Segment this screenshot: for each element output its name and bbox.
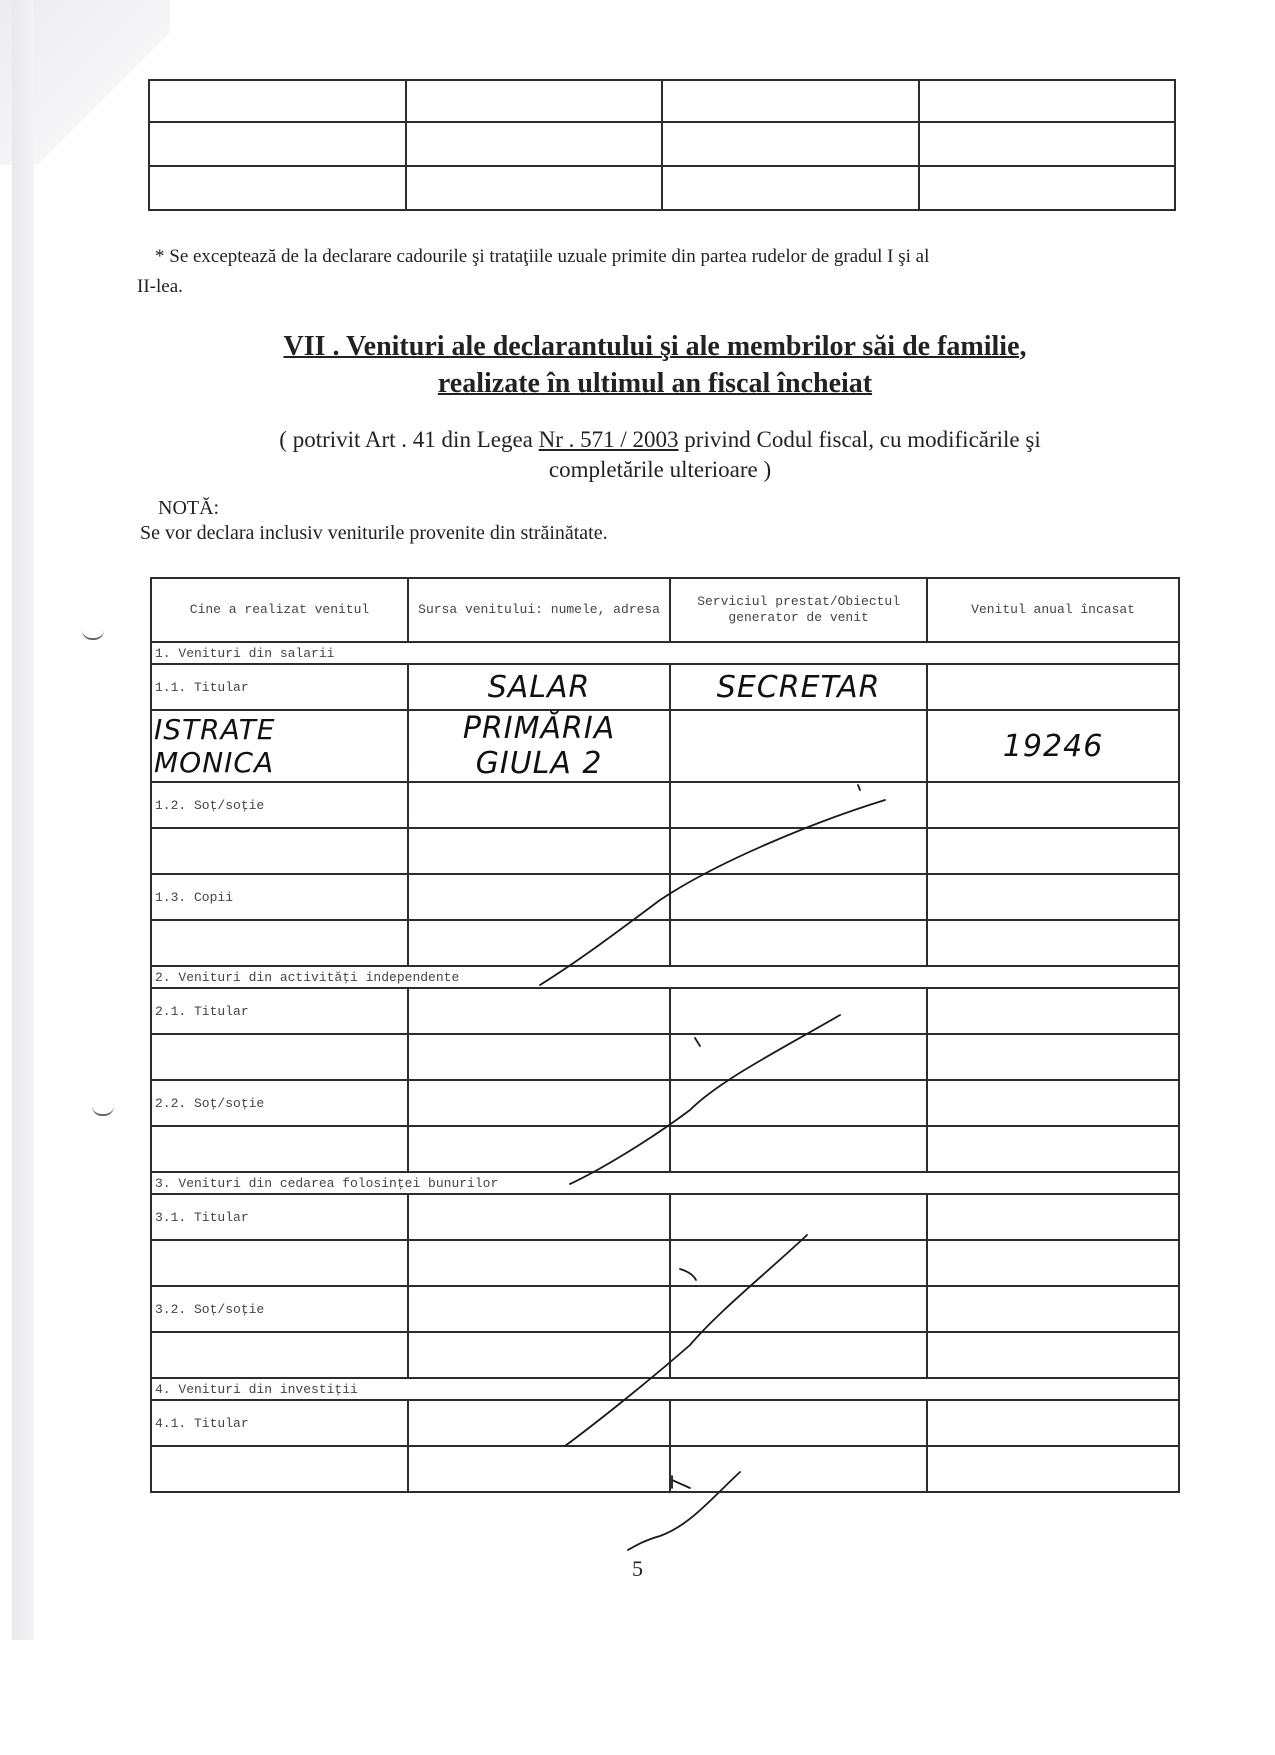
section-heading: 4. Venituri din investiţii <box>151 1378 1179 1400</box>
service-cell <box>670 1194 927 1240</box>
table-cell <box>662 122 919 166</box>
subtitle-text: ( potrivit Art . 41 din Legea <box>279 427 538 452</box>
who-cell <box>151 1240 408 1286</box>
subtitle-text: completările ulterioare ) <box>140 455 1180 485</box>
source-cell <box>408 1240 670 1286</box>
table-cell <box>406 166 663 210</box>
service-cell <box>670 988 927 1034</box>
section-title-line: VII . Venituri ale declarantului şi ale … <box>283 331 1026 362</box>
service-cell <box>670 1332 927 1378</box>
who-cell <box>151 920 408 966</box>
source-cell <box>408 1332 670 1378</box>
table-cell <box>149 166 406 210</box>
service-cell <box>670 1400 927 1446</box>
income-cell <box>927 1400 1179 1446</box>
who-cell <box>151 1332 408 1378</box>
table-row <box>149 122 1175 166</box>
table-row <box>151 920 1179 966</box>
source-cell <box>408 874 670 920</box>
service-cell <box>670 1080 927 1126</box>
section-title: VII . Venituri ale declarantului şi ale … <box>130 328 1180 402</box>
income-cell <box>927 1446 1179 1492</box>
section-heading: 3. Venituri din cedarea folosinţei bunur… <box>151 1172 1179 1194</box>
header-service: Serviciul prestat/Obiectul generator de … <box>670 578 927 642</box>
source-cell <box>408 1126 670 1172</box>
table-cell <box>662 80 919 122</box>
service-cell <box>670 1286 927 1332</box>
who-cell: 2.2. Soţ/soţie <box>151 1080 408 1126</box>
table-header-row: Cine a realizat venitul Sursa venitului:… <box>151 578 1179 642</box>
who-cell: 4.1. Titular <box>151 1400 408 1446</box>
table-row: 4.1. Titular <box>151 1400 1179 1446</box>
source-cell <box>408 988 670 1034</box>
header-income: Venitul anual încasat <box>927 578 1179 642</box>
table-row <box>151 828 1179 874</box>
who-cell: 1.1. Titular <box>151 664 408 710</box>
income-cell: 19246 <box>927 710 1179 782</box>
punch-mark <box>92 1106 114 1116</box>
income-cell <box>927 988 1179 1034</box>
source-cell <box>408 828 670 874</box>
income-cell <box>927 782 1179 828</box>
section-row: 1. Venituri din salarii <box>151 642 1179 664</box>
table-cell <box>149 80 406 122</box>
income-table: Cine a realizat venitul Sursa venitului:… <box>150 577 1180 1493</box>
source-cell <box>408 1446 670 1492</box>
table-row <box>151 1446 1179 1492</box>
who-cell <box>151 828 408 874</box>
table-cell <box>919 122 1176 166</box>
table-row: 2.2. Soţ/soţie <box>151 1080 1179 1126</box>
page-number: 5 <box>0 1556 1275 1582</box>
service-cell <box>670 1126 927 1172</box>
income-cell <box>927 1332 1179 1378</box>
section-heading: 1. Venituri din salarii <box>151 642 1179 664</box>
income-cell <box>927 1286 1179 1332</box>
law-reference: Nr . 571 / 2003 <box>539 427 679 452</box>
table-row <box>149 166 1175 210</box>
who-cell: 2.1. Titular <box>151 988 408 1034</box>
service-cell <box>670 874 927 920</box>
section-heading: 2. Venituri din activităţi independente <box>151 966 1179 988</box>
who-cell: 3.1. Titular <box>151 1194 408 1240</box>
table-cell <box>919 80 1176 122</box>
service-cell <box>670 1446 927 1492</box>
who-cell <box>151 1126 408 1172</box>
footnote-line: * Se exceptează de la declarare cadouril… <box>137 242 1177 272</box>
table-row <box>149 80 1175 122</box>
source-cell <box>408 1194 670 1240</box>
table-row <box>151 1240 1179 1286</box>
source-cell <box>408 1034 670 1080</box>
table-cell <box>919 166 1176 210</box>
income-cell <box>927 664 1179 710</box>
source-cell <box>408 1286 670 1332</box>
who-cell: 1.3. Copii <box>151 874 408 920</box>
table-row <box>151 1126 1179 1172</box>
punch-mark <box>82 630 104 640</box>
service-cell: SECRETAR <box>670 664 927 710</box>
table-row <box>151 1034 1179 1080</box>
service-cell <box>670 782 927 828</box>
income-cell <box>927 1080 1179 1126</box>
table-row: 2.1. Titular <box>151 988 1179 1034</box>
section-title-line: realizate în ultimul an fiscal încheiat <box>438 368 872 399</box>
source-cell <box>408 1400 670 1446</box>
header-who: Cine a realizat venitul <box>151 578 408 642</box>
scan-edge-shadow <box>12 0 34 1640</box>
income-cell <box>927 1126 1179 1172</box>
table-row: 1.3. Copii <box>151 874 1179 920</box>
income-cell <box>927 920 1179 966</box>
table-row: 1.1. TitularSALARSECRETAR <box>151 664 1179 710</box>
section-subtitle: ( potrivit Art . 41 din Legea Nr . 571 /… <box>140 425 1180 485</box>
table-cell <box>149 122 406 166</box>
table-row <box>151 1332 1179 1378</box>
who-cell: 3.2. Soţ/soţie <box>151 1286 408 1332</box>
footnote: * Se exceptează de la declarare cadouril… <box>137 242 1177 302</box>
note-label: NOTĂ: <box>158 497 219 520</box>
section-row: 2. Venituri din activităţi independente <box>151 966 1179 988</box>
source-cell: SALAR <box>408 664 670 710</box>
who-cell: ISTRATE MONICA <box>151 710 408 782</box>
service-cell <box>670 920 927 966</box>
income-cell <box>927 1240 1179 1286</box>
source-cell <box>408 782 670 828</box>
table-row: ISTRATE MONICAPRIMĂRIA GIULA 219246 <box>151 710 1179 782</box>
who-cell <box>151 1034 408 1080</box>
income-cell <box>927 1194 1179 1240</box>
service-cell <box>670 1034 927 1080</box>
header-source: Sursa venitului: numele, adresa <box>408 578 670 642</box>
table-cell <box>406 122 663 166</box>
previous-section-table <box>148 79 1176 211</box>
source-cell <box>408 1080 670 1126</box>
income-cell <box>927 874 1179 920</box>
service-cell <box>670 828 927 874</box>
service-cell <box>670 1240 927 1286</box>
service-cell <box>670 710 927 782</box>
table-row: 3.2. Soţ/soţie <box>151 1286 1179 1332</box>
table-row: 3.1. Titular <box>151 1194 1179 1240</box>
subtitle-text: privind Codul fiscal, cu modificările şi <box>679 427 1041 452</box>
income-cell <box>927 828 1179 874</box>
section-row: 4. Venituri din investiţii <box>151 1378 1179 1400</box>
who-cell <box>151 1446 408 1492</box>
table-cell <box>662 166 919 210</box>
source-cell <box>408 920 670 966</box>
table-row: 1.2. Soţ/soţie <box>151 782 1179 828</box>
income-cell <box>927 1034 1179 1080</box>
who-cell: 1.2. Soţ/soţie <box>151 782 408 828</box>
source-cell: PRIMĂRIA GIULA 2 <box>408 710 670 782</box>
section-row: 3. Venituri din cedarea folosinţei bunur… <box>151 1172 1179 1194</box>
footnote-line: II-lea. <box>137 272 1177 302</box>
table-cell <box>406 80 663 122</box>
note-text: Se vor declara inclusiv veniturile prove… <box>140 522 608 545</box>
